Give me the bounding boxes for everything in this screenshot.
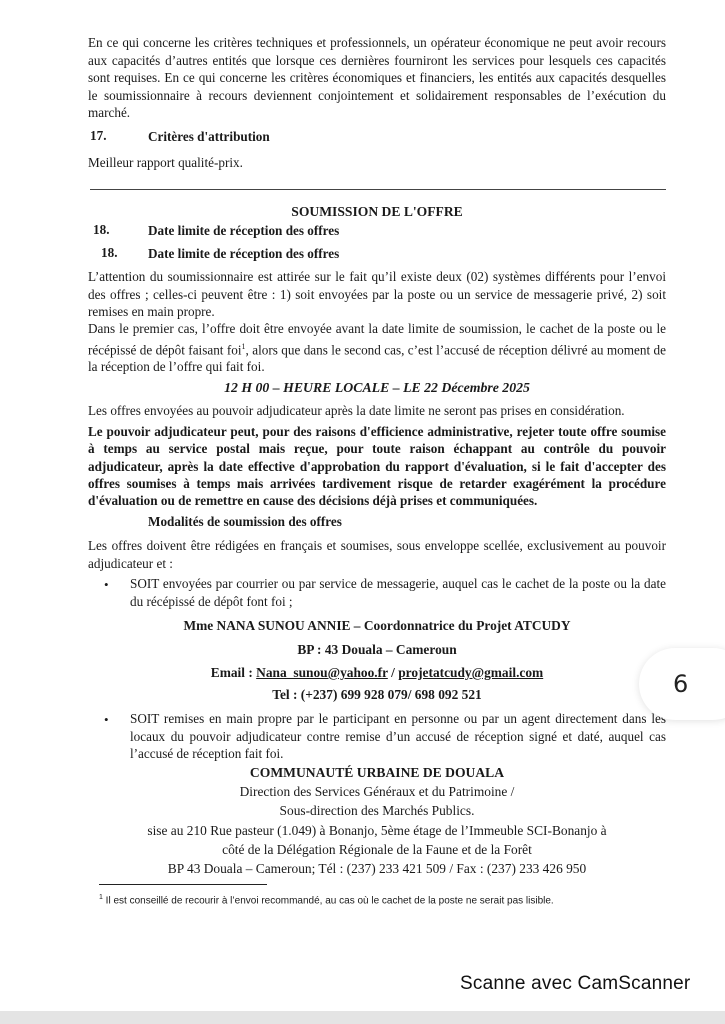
email-link-2[interactable]: projetatcudy@gmail.com xyxy=(398,665,543,680)
contact-name: Mme NANA SUNOU ANNIE – Coordonnatrice du… xyxy=(88,617,666,634)
section-heading: SOUMISSION DE L'OFFRE xyxy=(88,203,666,220)
email-link-1[interactable]: Nana_sunou@yahoo.fr xyxy=(256,665,388,680)
deadline: 12 H 00 – HEURE LOCALE – LE 22 Décembre … xyxy=(88,379,666,396)
paragraph-modalites: Les offres doivent être rédigées en fran… xyxy=(88,537,666,572)
section-17-number: 17. xyxy=(90,128,106,144)
camscanner-watermark: Scanne avec CamScanner xyxy=(460,973,690,995)
paragraph-late-offers: Les offres envoyées au pouvoir adjudicat… xyxy=(88,402,625,419)
intro-paragraph: En ce qui concerne les critères techniqu… xyxy=(88,34,666,122)
section-18a-number: 18. xyxy=(93,222,109,238)
section-17-body: Meilleur rapport qualité-prix. xyxy=(88,154,243,171)
bullet-icon: • xyxy=(104,712,109,728)
footnote: 1 Il est conseillé de recourir à l’envoi… xyxy=(99,894,554,906)
bullet-icon: • xyxy=(104,577,109,593)
footnote-text: Il est conseillé de recourir à l’envoi r… xyxy=(103,895,554,906)
page-number: 6 xyxy=(673,670,688,698)
section-18b-number: 18. xyxy=(101,245,117,261)
bottom-bar xyxy=(0,1011,725,1024)
email-label: Email : xyxy=(211,665,256,680)
email-separator: / xyxy=(388,665,398,680)
address-line-2: Sous-direction des Marchés Publics. xyxy=(88,802,666,819)
paragraph-first-case: Dans le premier cas, l’offre doit être e… xyxy=(88,320,666,376)
page-number-indicator[interactable]: 6 xyxy=(639,648,725,720)
address-line-3: sise au 210 Rue pasteur (1.049) à Bonanj… xyxy=(88,822,666,839)
contact-email-line: Email : Nana_sunou@yahoo.fr / projetatcu… xyxy=(88,664,666,681)
section-17-title: Critères d'attribution xyxy=(148,128,270,145)
address-line-5: BP 43 Douala – Cameroun; Tél : (237) 233… xyxy=(88,860,666,877)
paragraph-two-systems: L’attention du soumissionnaire est attir… xyxy=(88,268,666,321)
bullet-item-hand-delivery: SOIT remises en main propre par le parti… xyxy=(130,710,666,763)
address-org: COMMUNAUTÉ URBAINE DE DOUALA xyxy=(88,764,666,781)
bullet-item-mail: SOIT envoyées par courrier ou par servic… xyxy=(130,575,666,610)
footnote-divider xyxy=(99,884,267,885)
section-divider xyxy=(90,189,666,190)
contact-bp: BP : 43 Douala – Cameroun xyxy=(88,641,666,658)
address-line-4: côté de la Délégation Régionale de la Fa… xyxy=(88,841,666,858)
section-18b-title: Date limite de réception des offres xyxy=(148,245,339,262)
section-18a-title: Date limite de réception des offres xyxy=(148,222,339,239)
contact-tel: Tel : (+237) 699 928 079/ 698 092 521 xyxy=(88,686,666,703)
modalites-heading: Modalités de soumission des offres xyxy=(148,513,342,530)
paragraph-reject-notice: Le pouvoir adjudicateur peut, pour des r… xyxy=(88,423,666,509)
document-page: En ce qui concerne les critères techniqu… xyxy=(0,0,725,1024)
address-line-1: Direction des Services Généraux et du Pa… xyxy=(88,783,666,800)
